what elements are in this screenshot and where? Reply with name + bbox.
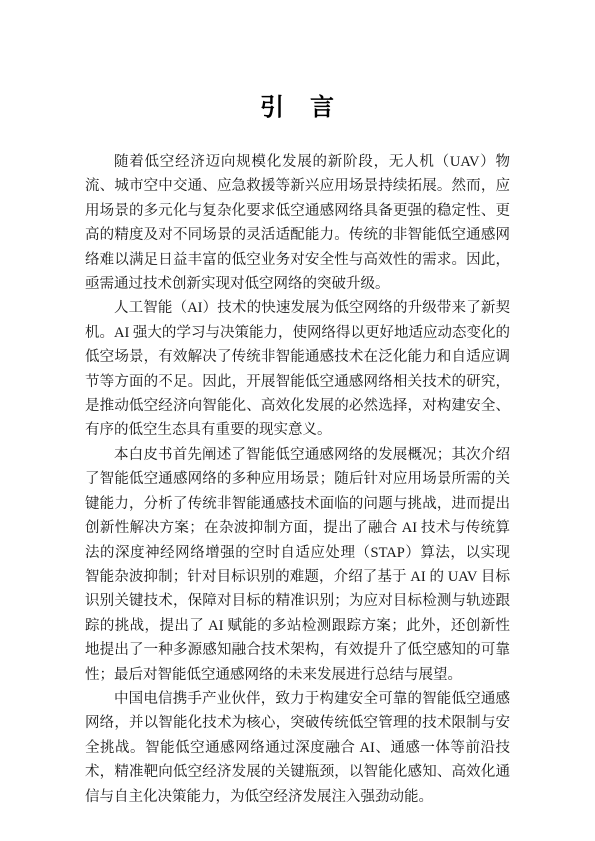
paragraph-whitepaper-overview: 本白皮书首先阐述了智能低空通感网络的发展概况；其次介绍了智能低空通感网络的多种应… [85, 443, 510, 687]
document-body: 随着低空经济迈向规模化发展的新阶段，无人机（UAV）物流、城市空中交通、应急救援… [85, 150, 510, 809]
paragraph-china-telecom-vision: 中国电信携手产业伙伴，致力于构建安全可靠的智能低空通感网络，并以智能化技术为核心… [85, 687, 510, 809]
paragraph-intro-background: 随着低空经济迈向规模化发展的新阶段，无人机（UAV）物流、城市空中交通、应急救援… [85, 150, 510, 296]
document-page: 引 言 随着低空经济迈向规模化发展的新阶段，无人机（UAV）物流、城市空中交通、… [0, 0, 595, 841]
paragraph-ai-opportunity: 人工智能（AI）技术的快速发展为低空网络的升级带来了新契机。AI 强大的学习与决… [85, 296, 510, 442]
page-title: 引 言 [85, 94, 510, 122]
